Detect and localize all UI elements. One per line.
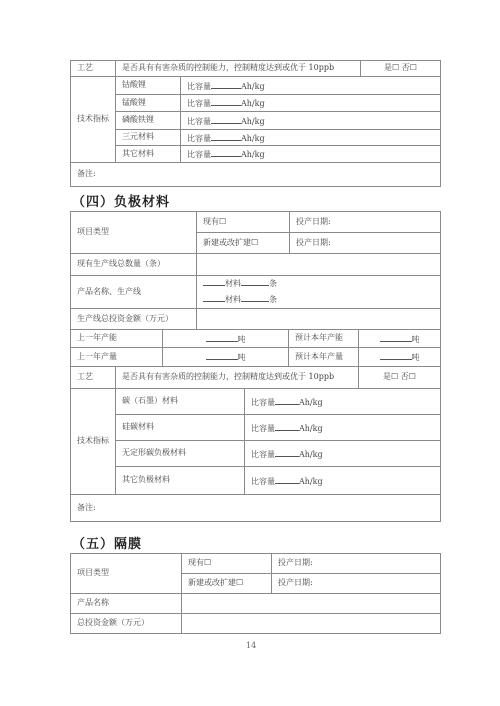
tech-specs-label: 技术指标 (71, 389, 116, 495)
blank-line[interactable] (275, 475, 299, 484)
anode-table-top: 项目类型 现有☐ 投产日期: 新建或改扩建☐ 投产日期: 现有生产线总数量（条）… (70, 211, 441, 330)
product-name-field[interactable] (182, 594, 441, 614)
process-question: 是否具有有害杂质的控制能力，控制精度达到或优于 10ppb (116, 367, 359, 389)
material-name: 硅碳材料 (116, 415, 245, 441)
anode-table-bottom: 上一年产能 吨 预计本年产能 吨 上一年产量 吨 预计本年产量 吨 工艺 是否具… (70, 329, 441, 522)
investment-label: 生产线总投资金额（万元） (71, 309, 197, 330)
expected-capacity-label: 预计本年产能 (289, 330, 359, 348)
existing-checkbox[interactable]: 现有☐ (182, 554, 272, 574)
spec-prefix: 比容量 (187, 134, 211, 143)
production-date-field[interactable]: 投产日期: (290, 212, 441, 233)
spec-prefix: 比容量 (251, 424, 275, 433)
unit: Ah/kg (299, 398, 323, 407)
investment-field[interactable] (197, 309, 441, 330)
spec-prefix: 比容量 (251, 398, 275, 407)
blank-line[interactable] (275, 422, 299, 431)
tech-specs-label: 技术指标 (71, 77, 116, 163)
unit: 吨 (238, 335, 246, 344)
material-name: 钴酸锂 (116, 77, 181, 95)
material-name: 锰酸锂 (116, 95, 181, 112)
spec-prefix: 比容量 (187, 150, 211, 159)
page-number: 14 (246, 641, 256, 650)
expected-capacity-field[interactable]: 吨 (359, 330, 441, 348)
material-name: 三元材料 (116, 130, 181, 146)
unit: Ah/kg (241, 150, 265, 159)
capacity-field[interactable]: 比容量Ah/kg (245, 415, 441, 441)
last-year-output-field[interactable]: 吨 (163, 348, 289, 367)
unit-word: 条 (269, 279, 277, 288)
material-name: 其它负极材料 (116, 467, 245, 495)
material-name: 无定形碳负极材料 (116, 441, 245, 467)
unit: Ah/kg (241, 99, 265, 108)
new-or-expand-checkbox[interactable]: 新建或改扩建☐ (182, 574, 272, 594)
unit: Ah/kg (299, 424, 323, 433)
last-year-output-label: 上一年产量 (71, 348, 163, 367)
new-or-expand-checkbox[interactable]: 新建或改扩建☐ (197, 233, 290, 254)
blank-line[interactable] (206, 351, 238, 360)
product-name-label: 产品名称 (71, 594, 182, 614)
production-date-field[interactable]: 投产日期: (272, 574, 441, 594)
notes-field[interactable]: 备注: (71, 163, 441, 187)
process-yes-no-checkbox[interactable]: 是☐ 否☐ (359, 367, 441, 389)
spec-prefix: 比容量 (187, 82, 211, 91)
product-lines-label: 产品名称、生产线 (71, 276, 197, 309)
product-line-entry: 材料条 (203, 276, 440, 292)
notes-field[interactable]: 备注: (71, 495, 441, 522)
material-name: 碳（石墨）材料 (116, 389, 245, 415)
capacity-field[interactable]: 比容量Ah/kg (181, 77, 441, 95)
investment-label: 总投资金额（万元） (71, 614, 182, 634)
section-title-separator: （五）隔膜 (72, 533, 142, 552)
expected-output-label: 预计本年产量 (289, 348, 359, 367)
material-word: 材料 (225, 295, 241, 304)
project-type-label: 项目类型 (71, 554, 182, 594)
line-count-label: 现有生产线总数量（条） (71, 254, 197, 276)
project-type-label: 项目类型 (71, 212, 197, 254)
capacity-field[interactable]: 比容量Ah/kg (181, 112, 441, 130)
blank-line[interactable] (211, 97, 241, 106)
section-title-anode: （四）负极材料 (72, 191, 170, 210)
capacity-field[interactable]: 比容量Ah/kg (245, 441, 441, 467)
unit-word: 条 (269, 295, 277, 304)
spec-prefix: 比容量 (251, 450, 275, 459)
unit: 吨 (412, 353, 420, 362)
product-lines-field[interactable]: 材料条 材料条 (197, 276, 441, 309)
unit: Ah/kg (299, 477, 323, 486)
process-label: 工艺 (71, 367, 116, 389)
production-date-field[interactable]: 投产日期: (290, 233, 441, 254)
process-question: 是否具有有害杂质的控制能力，控制精度达到或优于 10ppb (116, 61, 361, 77)
blank-line[interactable] (275, 448, 299, 457)
blank-line[interactable] (241, 293, 269, 302)
capacity-field[interactable]: 比容量Ah/kg (181, 130, 441, 146)
last-year-capacity-field[interactable]: 吨 (163, 330, 289, 348)
material-name: 磷酸铁锂 (116, 112, 181, 130)
blank-line[interactable] (211, 115, 241, 124)
blank-line[interactable] (211, 132, 241, 141)
unit: Ah/kg (241, 134, 265, 143)
spec-prefix: 比容量 (187, 99, 211, 108)
material-name: 其它材料 (116, 146, 181, 163)
spec-prefix: 比容量 (187, 117, 211, 126)
capacity-field[interactable]: 比容量Ah/kg (245, 389, 441, 415)
unit: 吨 (412, 335, 420, 344)
blank-line[interactable] (241, 277, 269, 286)
line-count-field[interactable] (197, 254, 441, 276)
spec-prefix: 比容量 (251, 477, 275, 486)
blank-line[interactable] (211, 80, 241, 89)
unit: Ah/kg (241, 82, 265, 91)
cathode-tail-table: 工艺 是否具有有害杂质的控制能力，控制精度达到或优于 10ppb 是☐ 否☐ 技… (70, 60, 441, 187)
process-label: 工艺 (71, 61, 116, 77)
expected-output-field[interactable]: 吨 (359, 348, 441, 367)
blank-line[interactable] (275, 396, 299, 405)
blank-line[interactable] (203, 293, 225, 302)
blank-line[interactable] (380, 351, 412, 360)
material-word: 材料 (225, 279, 241, 288)
separator-table: 项目类型 现有☐ 投产日期: 新建或改扩建☐ 投产日期: 产品名称 总投资金额（… (70, 553, 441, 634)
capacity-field[interactable]: 比容量Ah/kg (181, 146, 441, 163)
unit: Ah/kg (299, 450, 323, 459)
investment-field[interactable] (182, 614, 441, 634)
last-year-capacity-label: 上一年产能 (71, 330, 163, 348)
capacity-field[interactable]: 比容量Ah/kg (181, 95, 441, 112)
blank-line[interactable] (380, 333, 412, 342)
blank-line[interactable] (203, 277, 225, 286)
product-line-entry: 材料条 (203, 292, 440, 308)
unit: 吨 (238, 353, 246, 362)
unit: Ah/kg (241, 117, 265, 126)
blank-line[interactable] (206, 333, 238, 342)
production-date-field[interactable]: 投产日期: (272, 554, 441, 574)
blank-line[interactable] (211, 148, 241, 157)
process-yes-no-checkbox[interactable]: 是☐ 否☐ (361, 61, 441, 77)
existing-checkbox[interactable]: 现有☐ (197, 212, 290, 233)
capacity-field[interactable]: 比容量Ah/kg (245, 467, 441, 495)
